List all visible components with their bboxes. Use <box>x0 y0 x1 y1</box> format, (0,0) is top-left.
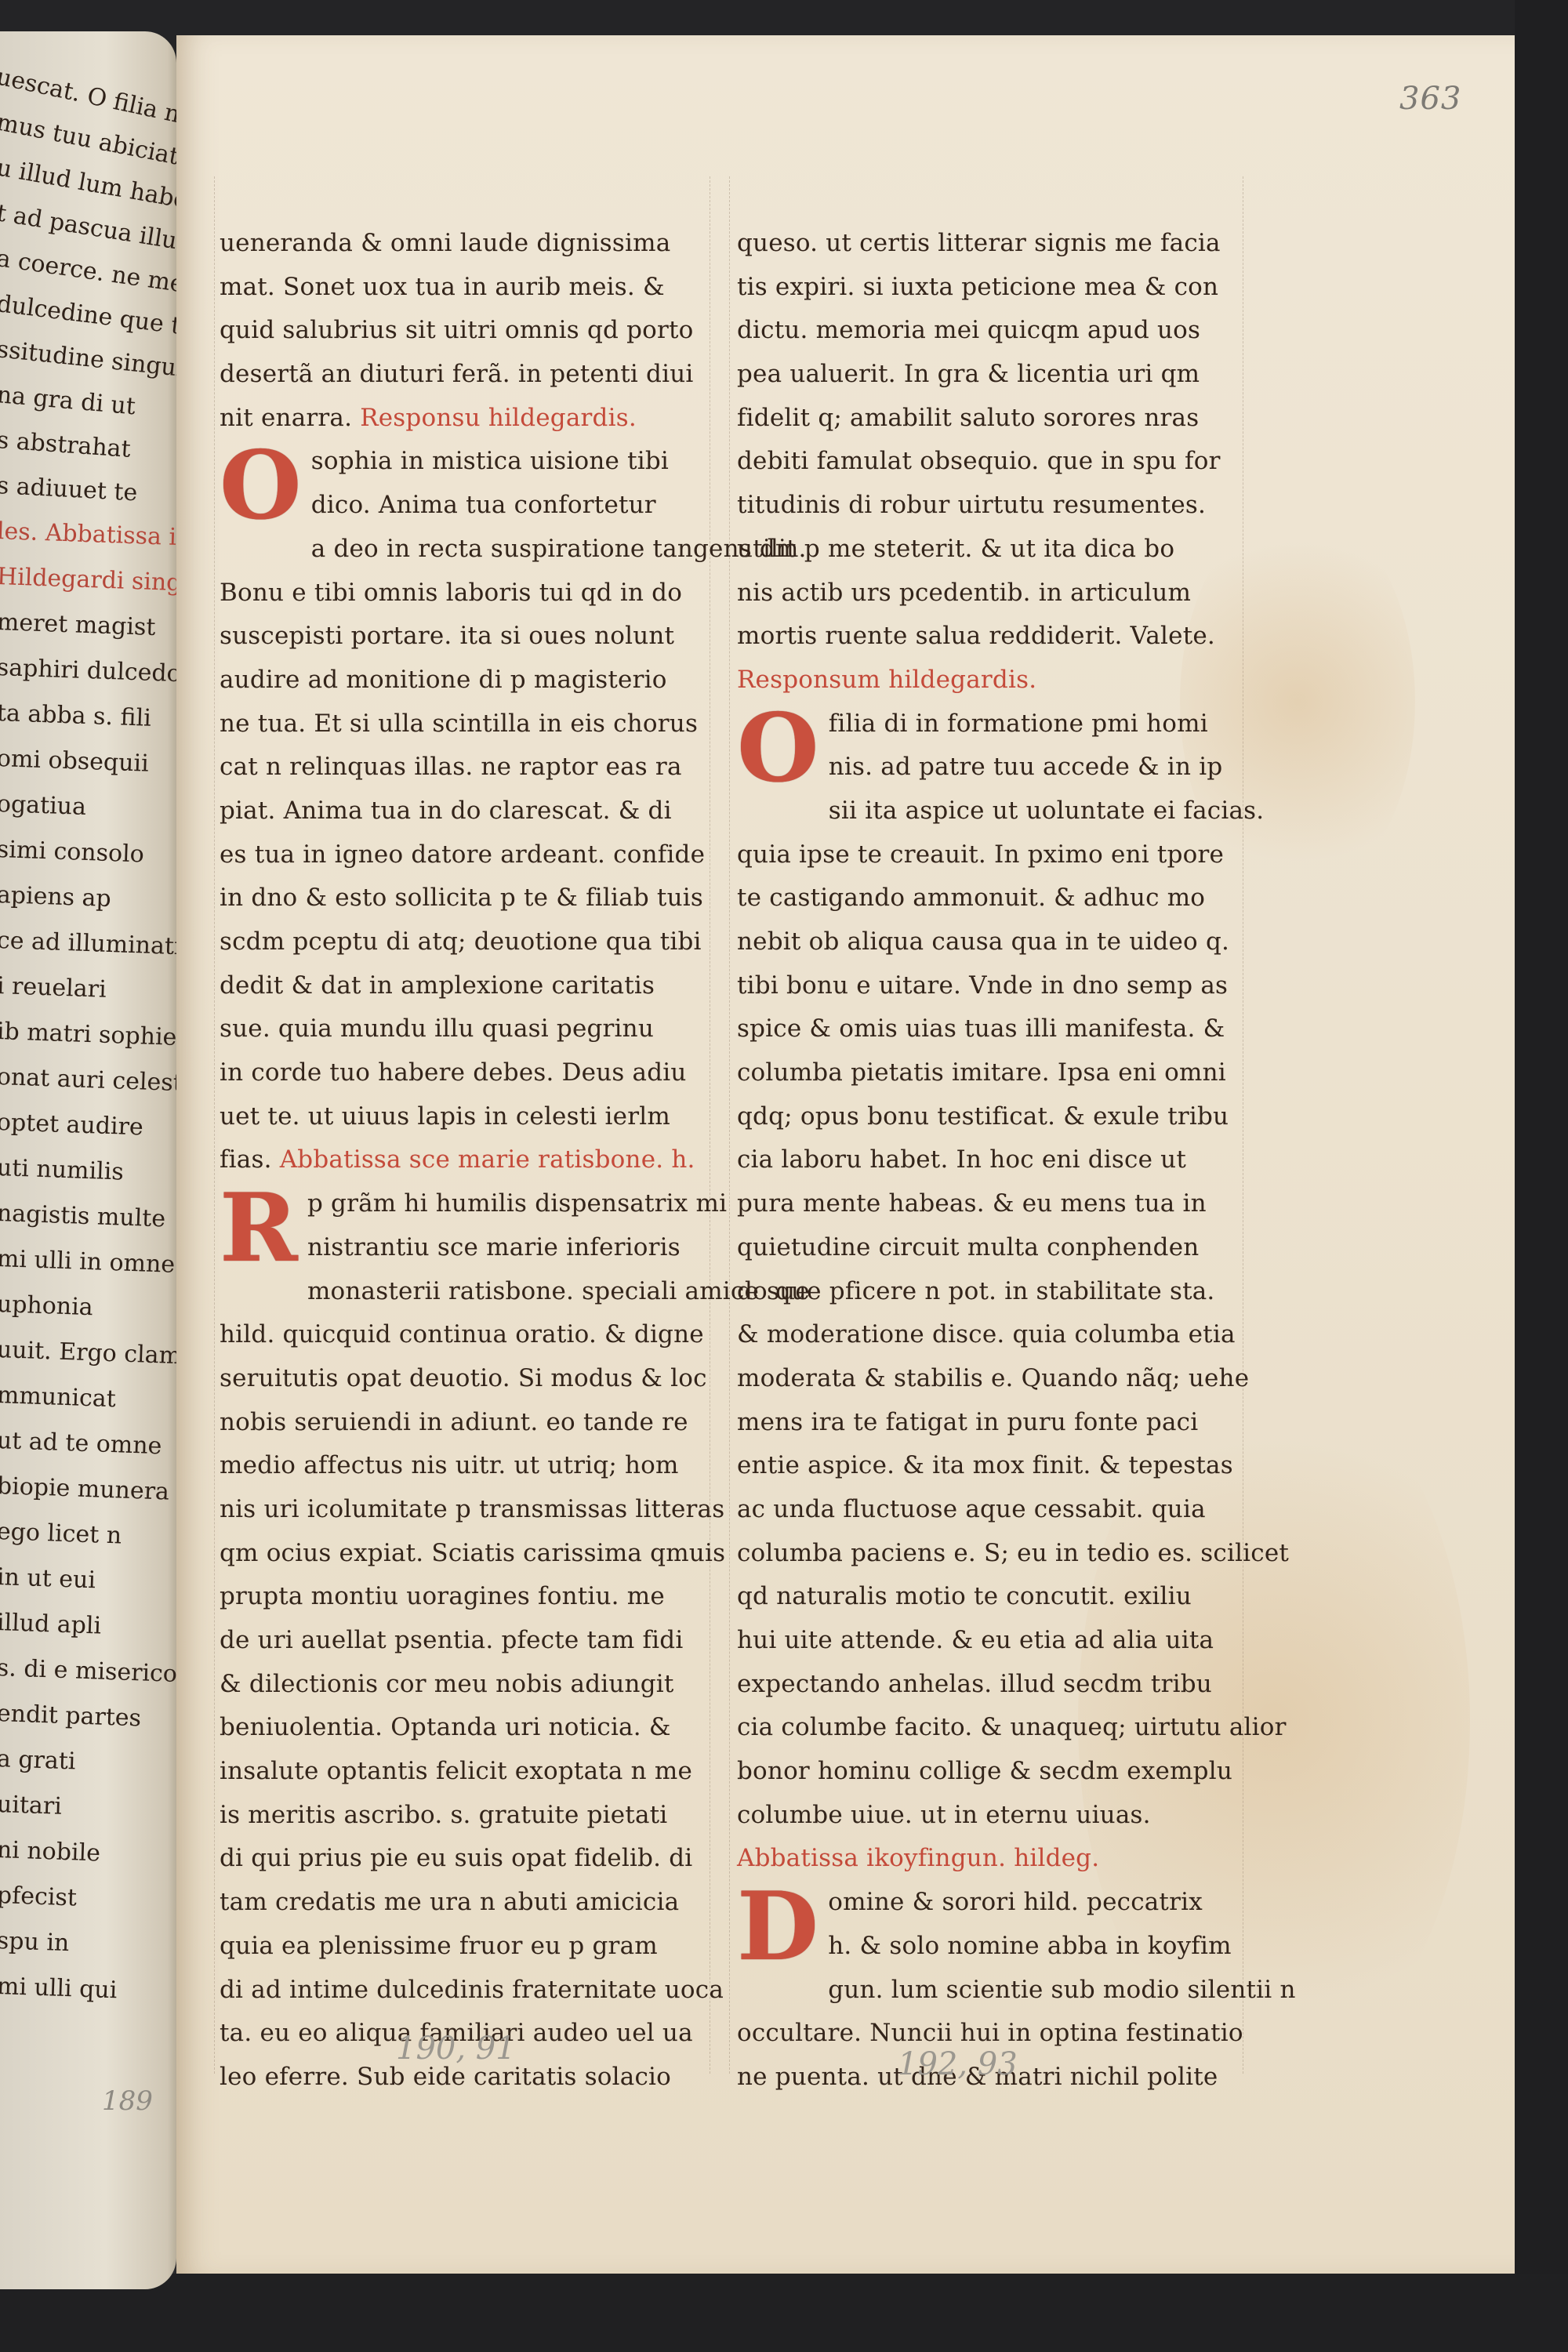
text-line: columba paciens e. S; eu in tedio es. sc… <box>737 1532 1239 1576</box>
text-line: de uri auellat psentia. pfecte tam fidi <box>220 1619 706 1663</box>
line-text: spice & omis uias tuas illi manifesta. & <box>737 1014 1225 1043</box>
left-page-text-line: ogatiua <box>0 790 87 821</box>
line-text: te castigando ammonuit. & adhuc mo <box>737 884 1205 912</box>
left-page-text-line: pfecist <box>0 1882 77 1912</box>
line-text: utilit p me steterit. & ut ita dica bo <box>737 535 1174 563</box>
text-line: seruitutis opat deuotio. Si modus & loc <box>220 1357 706 1401</box>
ruling-line <box>214 176 215 2074</box>
text-line: in dno & esto sollicita p te & filiab tu… <box>220 877 706 920</box>
line-text: Responsum hildegardis. <box>737 666 1036 694</box>
line-text: a deo in recta suspiratione tangens dm. <box>311 535 807 563</box>
left-page-text-line: saphiri dulcedo <box>0 654 176 688</box>
text-line: sue. quia mundu illu quasi pegrinu <box>220 1007 706 1051</box>
text-line: Bonu e tibi omnis laboris tui qd in do <box>220 572 706 615</box>
text-line: mat. Sonet uox tua in aurib meis. & <box>220 266 706 310</box>
line-text: entie aspice. & ita mox finit. & tepesta… <box>737 1451 1233 1479</box>
illuminated-initial: O <box>737 706 819 792</box>
text-line: ac unda fluctuose aque cessabit. quia <box>737 1488 1239 1532</box>
line-text: in corde tuo habere debes. Deus adiu <box>220 1058 687 1087</box>
line-text: & dilectionis cor meu nobis adiungit <box>220 1670 674 1698</box>
line-text: suscepisti portare. ita si oues nolunt <box>220 622 674 650</box>
text-line: nis actib urs pcedentib. in articulum <box>737 572 1239 615</box>
left-page-text-line: s adiuuet te <box>0 472 138 506</box>
text-line: quid salubrius sit uitri omnis qd porto <box>220 309 706 353</box>
line-text: dictu. memoria mei quicqm apud uos <box>737 316 1200 344</box>
left-page-text-line: les. Abbatissa in bergen <box>0 517 176 555</box>
text-line: fias. Abbatissa sce marie ratisbone. h. <box>220 1138 706 1182</box>
line-text: nistrantiu sce marie inferioris <box>307 1233 681 1261</box>
line-text: Bonu e tibi omnis laboris tui qd in do <box>220 579 682 607</box>
line-text: hild. quicquid continua oratio. & digne <box>220 1320 704 1348</box>
left-page-text-line: illud apli <box>0 1609 102 1640</box>
line-text: debiti famulat obsequio. que in spu for <box>737 447 1221 475</box>
text-line: audire ad monitione di p magisterio <box>220 659 706 702</box>
text-line: insalute optantis felicit exoptata n me <box>220 1750 706 1794</box>
rubric-heading: Abbatissa sce marie ratisbone. h. <box>272 1145 695 1174</box>
text-line: is meritis ascribo. s. gratuite pietati <box>220 1794 706 1838</box>
text-line: prupta montiu uoragines fontiu. me <box>220 1575 706 1619</box>
line-text: qm ocius expiat. Sciatis carissima qmuis <box>220 1539 725 1567</box>
left-page-text-line: meret magist <box>0 608 156 641</box>
line-text: beniuolentia. Optanda uri noticia. & <box>220 1713 671 1741</box>
line-text: & moderatione disce. quia columba etia <box>737 1320 1236 1348</box>
left-page-text-line: i reuelari <box>0 972 107 1004</box>
text-line: nobis seruiendi in adiunt. eo tande re <box>220 1401 706 1445</box>
line-text: di ad intime dulcedinis fraternitate uoc… <box>220 1976 724 2004</box>
line-text: prupta montiu uoragines fontiu. me <box>220 1582 665 1610</box>
line-text: ac unda fluctuose aque cessabit. quia <box>737 1495 1206 1523</box>
line-text: nis actib urs pcedentib. in articulum <box>737 579 1191 607</box>
line-text: h. & solo nomine abba in koyfim <box>828 1932 1231 1960</box>
text-line: Rp grãm hi humilis dispensatrix mi <box>220 1182 706 1226</box>
facing-left-page: 189 uescat. O filia ne uelemus tuu abici… <box>0 31 176 2289</box>
line-text: titudinis di robur uirtutu resumentes. <box>737 491 1206 519</box>
left-page-text-line: apiens ap <box>0 881 111 913</box>
text-line: desertã an diuturi ferã. in petenti diui <box>220 353 706 397</box>
text-line: quia ea plenissime fruor eu p gram <box>220 1925 706 1969</box>
line-text: quia ea plenissime fruor eu p gram <box>220 1932 658 1960</box>
line-text: columbe uiue. ut in eternu uiuas. <box>737 1801 1151 1829</box>
left-page-text-line: mi ulli in omne <box>0 1245 176 1279</box>
left-page-text-line: optet audire <box>0 1109 143 1141</box>
line-text: de uri auellat psentia. pfecte tam fidi <box>220 1626 683 1654</box>
line-text: uet te. ut uiuus lapis in celesti ierlm <box>220 1102 670 1131</box>
text-line: qd naturalis motio te concutit. exiliu <box>737 1575 1239 1619</box>
line-text: seruitutis opat deuotio. Si modus & loc <box>220 1364 707 1392</box>
text-line: qm ocius expiat. Sciatis carissima qmuis <box>220 1532 706 1576</box>
left-page-text-line: in ut eui <box>0 1563 96 1594</box>
text-line: do que pficere n pot. in stabilitate sta… <box>737 1270 1239 1314</box>
left-page-text-line: mmunicat <box>0 1381 116 1413</box>
left-page-text-line: uphonia <box>0 1290 93 1321</box>
line-text: pea ualuerit. In gra & licentia uri qm <box>737 360 1200 388</box>
left-page-text-line: ego licet n <box>0 1518 122 1550</box>
left-page-text-line: ib matri sophie <box>0 1018 176 1051</box>
text-line: columbe uiue. ut in eternu uiuas. <box>737 1794 1239 1838</box>
text-column-right: queso. ut certis litterar signis me faci… <box>737 222 1239 2100</box>
line-text: tibi bonu e uitare. Vnde in dno semp as <box>737 971 1228 1000</box>
scan-background-right <box>1515 0 1568 2352</box>
pencil-note-right: 192, 93 <box>898 2046 1018 2082</box>
text-line: di ad intime dulcedinis fraternitate uoc… <box>220 1969 706 2013</box>
text-column-left: ueneranda & omni laude dignissimamat. So… <box>220 222 706 2100</box>
left-page-text-line: s abstrahat <box>0 426 132 463</box>
rubric-heading: Responsu hildegardis. <box>352 404 637 432</box>
text-line: di qui prius pie eu suis opat fidelib. d… <box>220 1837 706 1881</box>
line-text: nis. ad patre tuu accede & in ip <box>829 753 1223 781</box>
text-line: piat. Anima tua in do clarescat. & di <box>220 789 706 833</box>
text-line: fidelit q; amabilit saluto sorores nras <box>737 397 1239 441</box>
text-line: entie aspice. & ita mox finit. & tepesta… <box>737 1444 1239 1488</box>
line-text: mens ira te fatigat in puru fonte paci <box>737 1408 1198 1436</box>
rubric-heading: Abbatissa ikoyfingun. hildeg. <box>737 1837 1239 1881</box>
line-text: gun. lum scientie sub modio silentii n <box>828 1976 1295 2004</box>
text-line: moderata & stabilis e. Quando nãq; uehe <box>737 1357 1239 1401</box>
pencil-note-left: 190, 91 <box>396 2031 516 2067</box>
line-text: columba pietatis imitare. Ipsa eni omni <box>737 1058 1226 1087</box>
line-text: filia di in formatione pmi homi <box>829 710 1208 738</box>
left-page-text-line: uti numilis <box>0 1154 124 1186</box>
text-line: expectando anhelas. illud secdm tribu <box>737 1663 1239 1707</box>
line-text: quietudine circuit multa conphenden <box>737 1233 1199 1261</box>
text-line: titudinis di robur uirtutu resumentes. <box>737 484 1239 528</box>
line-text: es tua in igneo datore ardeant. confide <box>220 840 705 869</box>
line-text: ueneranda & omni laude dignissima <box>220 229 670 257</box>
illuminated-initial: D <box>737 1884 818 1970</box>
text-line: spice & omis uias tuas illi manifesta. & <box>737 1007 1239 1051</box>
left-page-text-line: spu in <box>0 1927 70 1957</box>
text-line: hild. quicquid continua oratio. & digne <box>220 1313 706 1357</box>
text-line: debiti famulat obsequio. que in spu for <box>737 440 1239 484</box>
text-line: & moderatione disce. quia columba etia <box>737 1313 1239 1357</box>
text-line: nis uri icolumitate p transmissas litter… <box>220 1488 706 1532</box>
text-line: & dilectionis cor meu nobis adiungit <box>220 1663 706 1707</box>
line-text: bonor hominu collige & secdm exemplu <box>737 1757 1232 1785</box>
line-text: desertã an diuturi ferã. in petenti diui <box>220 360 693 388</box>
line-text: cia columbe facito. & unaqueq; uirtutu a… <box>737 1713 1287 1741</box>
text-line: hui uite attende. & eu etia ad alia uita <box>737 1619 1239 1663</box>
line-text: nobis seruiendi in adiunt. eo tande re <box>220 1408 688 1436</box>
text-line: tis expiri. si iuxta peticione mea & con <box>737 266 1239 310</box>
text-line: ne tua. Et si ulla scintilla in eis chor… <box>220 702 706 746</box>
left-page-folio-number: 189 <box>102 2085 153 2117</box>
line-text: Abbatissa ikoyfingun. hildeg. <box>737 1844 1099 1872</box>
line-text: monasterii ratisbone. speciali amice sue <box>307 1277 810 1305</box>
line-text: omine & sorori hild. peccatrix <box>828 1888 1203 1916</box>
left-page-text-line: nagistis multe <box>0 1200 166 1232</box>
line-text: qdq; opus bonu testificat. & exule tribu <box>737 1102 1229 1131</box>
text-line: te castigando ammonuit. & adhuc mo <box>737 877 1239 920</box>
left-page-text-line: onat auri celesti <box>0 1063 176 1098</box>
line-text: scdm pceptu di atq; deuotione qua tibi <box>220 927 702 956</box>
left-page-text-line: simi consolo <box>0 836 144 869</box>
illuminated-initial: R <box>220 1185 298 1272</box>
line-text: piat. Anima tua in do clarescat. & di <box>220 797 672 825</box>
line-text: moderata & stabilis e. Quando nãq; uehe <box>737 1364 1249 1392</box>
line-text: fidelit q; amabilit saluto sorores nras <box>737 404 1199 432</box>
left-page-text-line: ni nobile <box>0 1836 101 1867</box>
left-page-text-line: biopie munera <box>0 1472 170 1506</box>
text-line: quietudine circuit multa conphenden <box>737 1226 1239 1270</box>
line-text: medio affectus nis uitr. ut utriq; hom <box>220 1451 679 1479</box>
text-line: in corde tuo habere debes. Deus adiu <box>220 1051 706 1095</box>
ruling-line <box>710 176 710 2074</box>
line-text: qd naturalis motio te concutit. exiliu <box>737 1582 1192 1610</box>
line-text: queso. ut certis litterar signis me faci… <box>737 229 1221 257</box>
left-page-text-line: ssitudine singular <box>0 336 176 385</box>
left-page-text-line: ut ad te omne <box>0 1427 162 1460</box>
text-line: mens ira te fatigat in puru fonte paci <box>737 1401 1239 1445</box>
text-line: dedit & dat in amplexione caritatis <box>220 964 706 1008</box>
left-page-text-line: a grati <box>0 1745 76 1775</box>
text-line: suscepisti portare. ita si oues nolunt <box>220 615 706 659</box>
line-text: quia ipse te creauit. In pximo eni tpore <box>737 840 1224 869</box>
line-text: dedit & dat in amplexione caritatis <box>220 971 655 1000</box>
text-line: beniuolentia. Optanda uri noticia. & <box>220 1706 706 1750</box>
ruling-line <box>1243 176 1243 2074</box>
line-text: quid salubrius sit uitri omnis qd porto <box>220 316 694 344</box>
text-line: uet te. ut uiuus lapis in celesti ierlm <box>220 1095 706 1139</box>
text-line: Domine & sorori hild. peccatrix <box>737 1881 1239 1925</box>
left-page-text-line: s. di e misericors <box>0 1654 176 1689</box>
text-line: nit enarra. Responsu hildegardis. <box>220 397 706 441</box>
line-text: sue. quia mundu illu quasi pegrinu <box>220 1014 654 1043</box>
text-line: cia columbe facito. & unaqueq; uirtutu a… <box>737 1706 1239 1750</box>
line-text: insalute optantis felicit exoptata n me <box>220 1757 692 1785</box>
line-text: expectando anhelas. illud secdm tribu <box>737 1670 1212 1698</box>
text-line: cat n relinquas illas. ne raptor eas ra <box>220 746 706 789</box>
text-line: utilit p me steterit. & ut ita dica bo <box>737 528 1239 572</box>
text-line: tam credatis me ura n abuti amicicia <box>220 1881 706 1925</box>
line-text: nit enarra. <box>220 404 352 432</box>
left-page-text-line: uuit. Ergo clama <box>0 1336 176 1370</box>
line-text: cia laboru habet. In hoc eni disce ut <box>737 1145 1186 1174</box>
text-line: es tua in igneo datore ardeant. confide <box>220 833 706 877</box>
text-line: cia laboru habet. In hoc eni disce ut <box>737 1138 1239 1182</box>
scan-background-bottom <box>0 2274 1568 2352</box>
text-line: Ofilia di in formatione pmi homi <box>737 702 1239 746</box>
line-text: sophia in mistica uisione tibi <box>311 447 669 475</box>
left-page-text-line: ta abba s. fili <box>0 699 151 732</box>
text-line: scdm pceptu di atq; deuotione qua tibi <box>220 920 706 964</box>
line-text: pura mente habeas. & eu mens tua in <box>737 1189 1207 1218</box>
line-text: hui uite attende. & eu etia ad alia uita <box>737 1626 1214 1654</box>
line-text: fias. <box>220 1145 272 1174</box>
text-line: bonor hominu collige & secdm exemplu <box>737 1750 1239 1794</box>
illuminated-initial: O <box>220 443 302 529</box>
line-text: leo eferre. Sub eide caritatis solacio <box>220 2063 671 2091</box>
rubric-heading: Responsum hildegardis. <box>737 659 1239 702</box>
line-text: is meritis ascribo. s. gratuite pietati <box>220 1801 667 1829</box>
line-text: nebit ob aliqua causa qua in te uideo q. <box>737 927 1229 956</box>
left-page-text-line: na gra di ut <box>0 381 136 420</box>
text-line: pea ualuerit. In gra & licentia uri qm <box>737 353 1239 397</box>
line-text: p grãm hi humilis dispensatrix mi <box>307 1189 727 1218</box>
folio-number: 363 <box>1399 81 1461 117</box>
text-line: tibi bonu e uitare. Vnde in dno semp as <box>737 964 1239 1008</box>
line-text: do que pficere n pot. in stabilitate sta… <box>737 1277 1215 1305</box>
text-line: dictu. memoria mei quicqm apud uos <box>737 309 1239 353</box>
text-line: ueneranda & omni laude dignissima <box>220 222 706 266</box>
line-text: occultare. Nuncii hui in optina festinat… <box>737 2019 1243 2047</box>
text-line: mortis ruente salua reddiderit. Valete. <box>737 615 1239 659</box>
line-text: di qui prius pie eu suis opat fidelib. d… <box>220 1844 692 1872</box>
text-line: Osophia in mistica uisione tibi <box>220 440 706 484</box>
manuscript-page: 363 ueneranda & omni laude dignissimamat… <box>176 35 1515 2274</box>
left-page-text-line: Hildegardi singulari <box>0 563 176 599</box>
line-text: tis expiri. si iuxta peticione mea & con <box>737 273 1218 301</box>
line-text: in dno & esto sollicita p te & filiab tu… <box>220 884 703 912</box>
text-line: columba pietatis imitare. Ipsa eni omni <box>737 1051 1239 1095</box>
line-text: dico. Anima tua confortetur <box>311 491 656 519</box>
left-page-text-line: endit partes <box>0 1700 142 1732</box>
line-text: cat n relinquas illas. ne raptor eas ra <box>220 753 682 781</box>
line-text: ne tua. Et si ulla scintilla in eis chor… <box>220 710 698 738</box>
text-line: quia ipse te creauit. In pximo eni tpore <box>737 833 1239 877</box>
left-page-text-line: uitari <box>0 1791 62 1820</box>
line-text: sii ita aspice ut uoluntate ei facias. <box>829 797 1265 825</box>
line-text: audire ad monitione di p magisterio <box>220 666 667 694</box>
line-text: nis uri icolumitate p transmissas litter… <box>220 1495 724 1523</box>
text-line: medio affectus nis uitr. ut utriq; hom <box>220 1444 706 1488</box>
left-page-text-line: omi obsequii <box>0 745 149 778</box>
text-line: queso. ut certis litterar signis me faci… <box>737 222 1239 266</box>
line-text: columba paciens e. S; eu in tedio es. sc… <box>737 1539 1289 1567</box>
text-line: pura mente habeas. & eu mens tua in <box>737 1182 1239 1226</box>
left-page-text-line: mi ulli qui <box>0 1973 118 2004</box>
text-line: qdq; opus bonu testificat. & exule tribu <box>737 1095 1239 1139</box>
line-text: mortis ruente salua reddiderit. Valete. <box>737 622 1215 650</box>
line-text: mat. Sonet uox tua in aurib meis. & <box>220 273 665 301</box>
text-line: nebit ob aliqua causa qua in te uideo q. <box>737 920 1239 964</box>
left-page-text-line: ce ad illuminationi <box>0 927 176 962</box>
line-text: tam credatis me ura n abuti amicicia <box>220 1888 679 1916</box>
ruling-line <box>729 176 730 2074</box>
